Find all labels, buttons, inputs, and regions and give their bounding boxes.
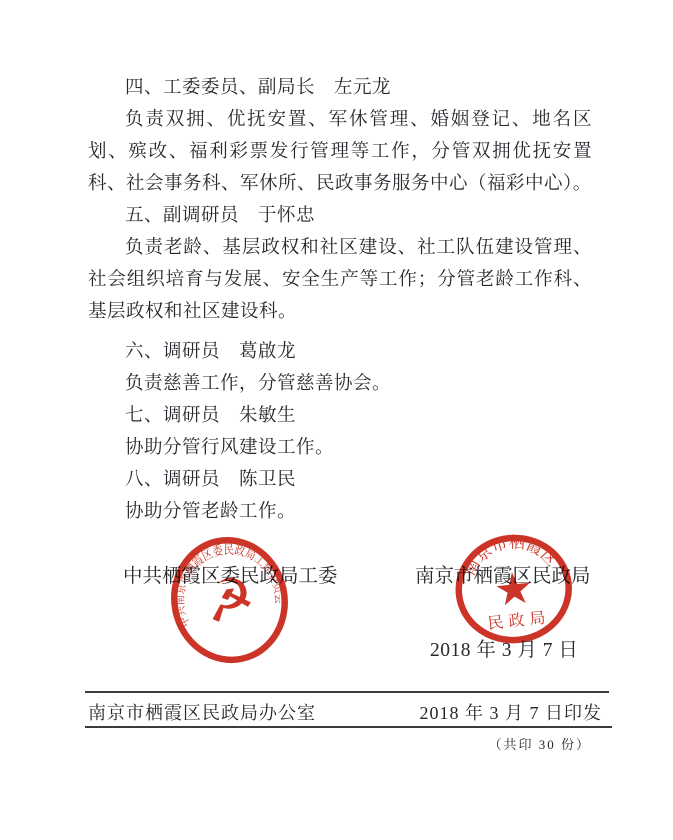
section-body: 负责老龄、基层政权和社区建设、社工队伍建设管理、社会组织培育与发展、安全生产等工… [88, 231, 592, 327]
section-7: 七、调研员 朱敏生 协助分管行风建设工作。 [88, 399, 592, 463]
footer-rule-bottom [85, 726, 612, 728]
section-heading: 四、工委委员、副局长 左元龙 [88, 71, 592, 103]
seal-right: 南京市栖霞区 ★ 民政局 [430, 510, 599, 672]
seal-left: 中共南京市栖霞区委民政局工作委员会 ☭ [143, 509, 317, 696]
footer-issuing-office: 南京市栖霞区民政局办公室 [88, 699, 316, 725]
document-page: { "document": { "sections": [ { "heading… [0, 0, 673, 840]
document-body: 四、工委委员、副局长 左元龙 负责双拥、优抚安置、军休管理、婚姻登记、地名区划、… [88, 71, 592, 527]
star-icon: ★ [492, 563, 536, 616]
section-heading: 八、调研员 陈卫民 [88, 463, 592, 495]
section-body: 负责双拥、优抚安置、军休管理、婚姻登记、地名区划、殡改、福利彩票发行管理等工作，… [88, 103, 592, 199]
section-heading: 七、调研员 朱敏生 [88, 399, 592, 431]
footer-rule-top [85, 691, 609, 693]
footer-print-date: 2018 年 3 月 7 日印发 [420, 699, 603, 725]
footer-line: 南京市栖霞区民政局办公室 2018 年 3 月 7 日印发 [88, 699, 602, 725]
section-body: 协助分管行风建设工作。 [88, 431, 592, 463]
section-4: 四、工委委员、副局长 左元龙 负责双拥、优抚安置、军休管理、婚姻登记、地名区划、… [88, 71, 592, 199]
section-5: 五、副调研员 于怀忠 负责老龄、基层政权和社区建设、社工队伍建设管理、社会组织培… [88, 199, 592, 327]
footer-copies-note: （共印 30 份） [400, 734, 591, 753]
section-6: 六、调研员 葛啟龙 负责慈善工作，分管慈善协会。 [88, 335, 592, 399]
section-heading: 六、调研员 葛啟龙 [88, 335, 592, 367]
section-body: 负责慈善工作，分管慈善协会。 [88, 367, 592, 399]
hammer-and-sickle-icon: ☭ [198, 564, 260, 636]
section-heading: 五、副调研员 于怀忠 [88, 199, 592, 231]
